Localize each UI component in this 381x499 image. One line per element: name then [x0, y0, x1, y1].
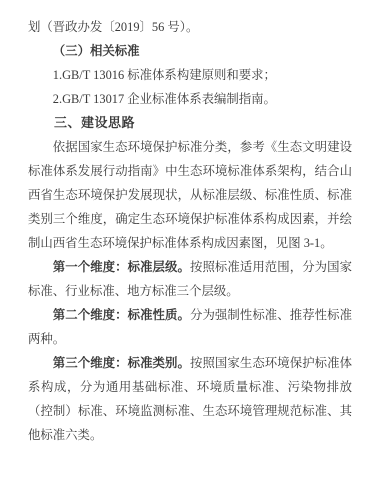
- chapter-heading-construction-approach: 三、建设思路: [28, 111, 352, 135]
- continuation-line: 划（晋政办发〔2019〕56 号）。: [28, 15, 352, 39]
- dimension-3-lead: 第三个维度：标准类别。: [53, 356, 190, 370]
- paragraph-dimension-1: 第一个维度：标准层级。按照标准适用范围，分为国家标准、行业标准、地方标准三个层级…: [28, 255, 352, 303]
- dimension-2-lead: 第二个维度：标准性质。: [53, 308, 190, 322]
- paragraph-intro: 依据国家生态环境保护标准分类，参考《生态文明建设标准体系发展行动指南》中生态环境…: [28, 135, 352, 255]
- paragraph-dimension-2: 第二个维度：标准性质。分为强制性标准、推荐性标准两种。: [28, 303, 352, 351]
- dimension-1-lead: 第一个维度：标准层级。: [53, 260, 190, 274]
- paragraph-intro-text: 依据国家生态环境保护标准分类，参考《生态文明建设标准体系发展行动指南》中生态环境…: [28, 140, 352, 250]
- list-item-gbt-13016: 1.GB/T 13016 标准体系构建原则和要求；: [28, 63, 352, 87]
- section-heading-related-standards: （三）相关标准: [28, 39, 352, 63]
- list-item-gbt-13017: 2.GB/T 13017 企业标准体系表编制指南。: [28, 87, 352, 111]
- document-page: 划（晋政办发〔2019〕56 号）。 （三）相关标准 1.GB/T 13016 …: [0, 0, 381, 499]
- paragraph-dimension-3: 第三个维度：标准类别。按照国家生态环境保护标准体系构成，分为通用基础标准、环境质…: [28, 351, 352, 447]
